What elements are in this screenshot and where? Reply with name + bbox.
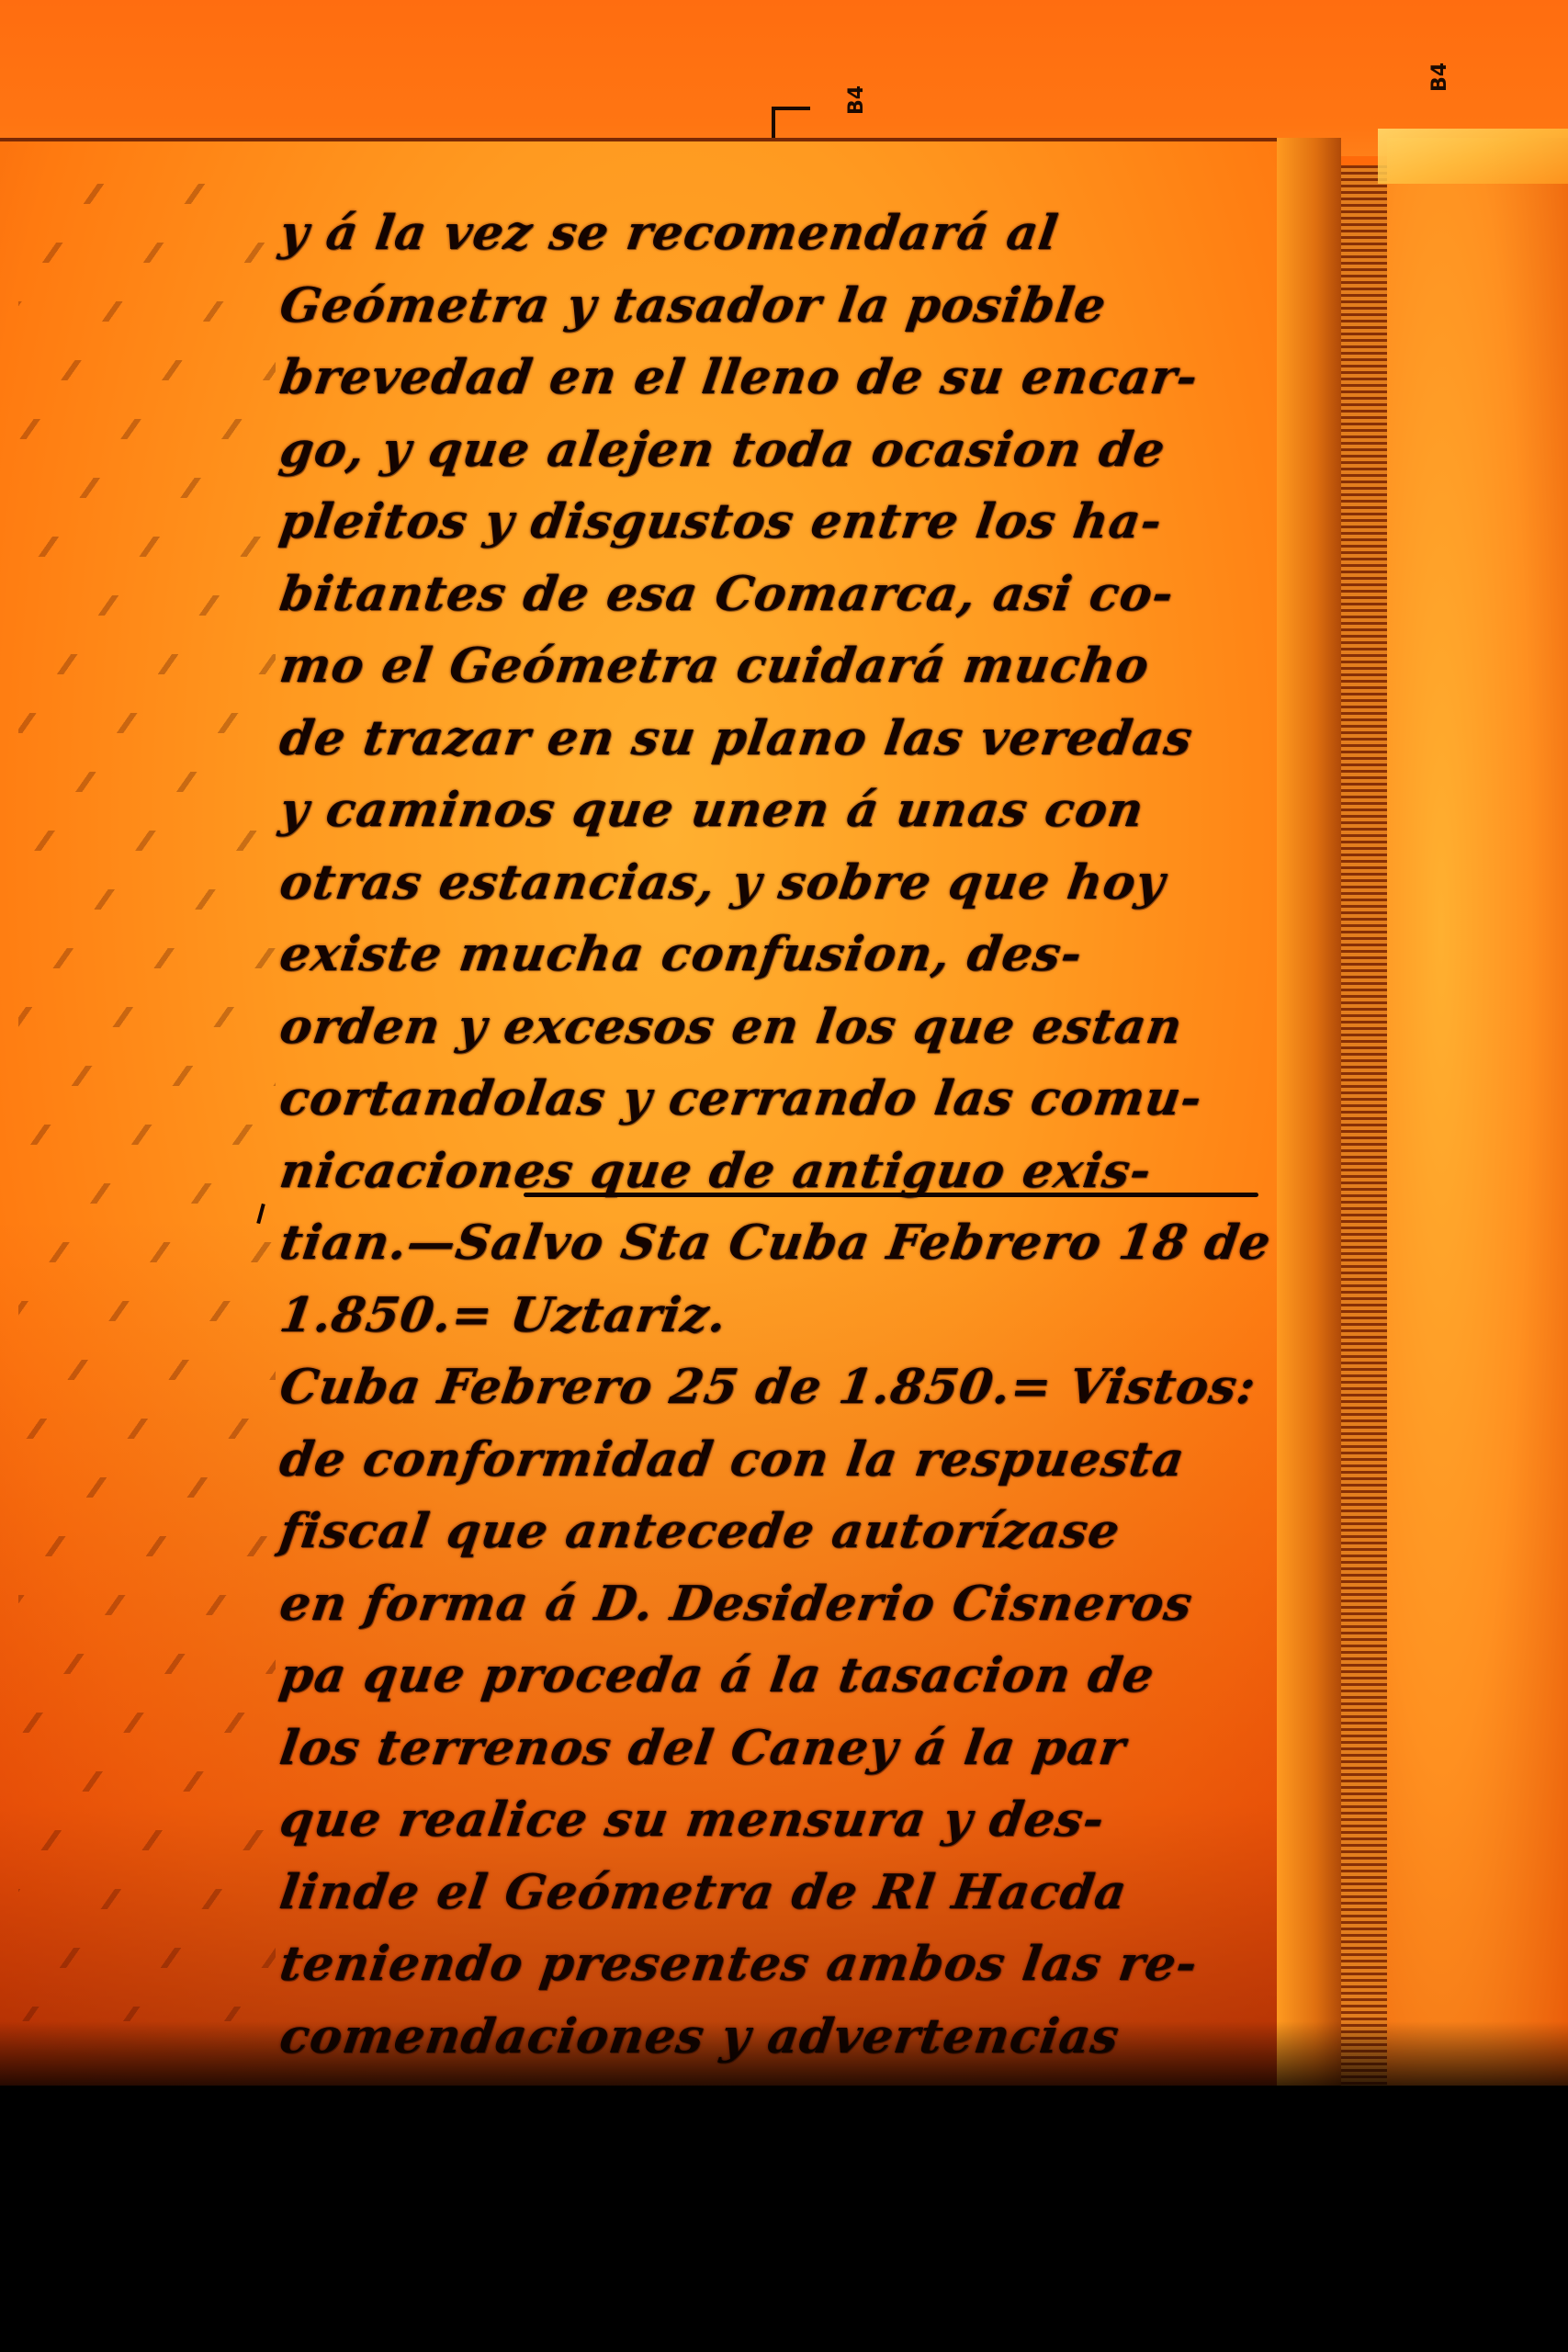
- section-divider-rule: [524, 1193, 1258, 1197]
- bleed-through-ink: [18, 184, 276, 2021]
- text-line: linde el Geómetra de Rl Hacda: [275, 1857, 1277, 1929]
- text-line: bitantes de esa Comarca, asi co-: [275, 559, 1277, 631]
- manuscript-text: y á la vez se recomendará al Geómetra y …: [280, 198, 1272, 2290]
- text-line: mo el Geómetra cuidará mucho: [275, 630, 1277, 703]
- text-line: tian.—Salvo Sta Cuba Febrero 18 de: [275, 1207, 1277, 1280]
- text-line: teniendo presentes ambos las re-: [275, 1928, 1277, 2001]
- manuscript-photo: B4 B4 y á la vez se recomendará al Geóme…: [0, 0, 1568, 2352]
- left-tab-label: B4: [845, 85, 868, 115]
- bottom-shadow: [0, 2086, 1568, 2352]
- left-page-edge: [1277, 138, 1341, 2095]
- book-spine-stitching: [1341, 165, 1387, 2113]
- text-line: Cuba Febrero 25 de 1.850.= Vistos:: [275, 1351, 1277, 1424]
- right-page-flap: [1378, 129, 1568, 184]
- text-line: y á la vez se recomendará al: [275, 198, 1277, 270]
- text-line: orden y excesos en los que estan: [275, 991, 1277, 1064]
- text-line: brevedad en el lleno de su encar-: [275, 342, 1277, 414]
- text-line: go, y que alejen toda ocasion de: [275, 414, 1277, 487]
- right-tab-label: B4: [1428, 62, 1451, 92]
- text-line: pa que proceda á la tasacion de: [275, 1640, 1277, 1713]
- text-line: de conformidad con la respuesta: [275, 1424, 1277, 1497]
- text-line: existe mucha confusion, des-: [275, 919, 1277, 991]
- text-line: pleitos y disgustos entre los ha-: [275, 486, 1277, 559]
- text-line: cortandolas y cerrando las comu-: [275, 1063, 1277, 1136]
- text-line: que realice su mensura y des-: [275, 1784, 1277, 1857]
- text-line: de trazar en su plano las veredas: [275, 703, 1277, 775]
- text-line: otras estancias, y sobre que hoy: [275, 847, 1277, 920]
- text-line: Geómetra y tasador la posible: [275, 270, 1277, 343]
- text-line: fiscal que antecede autorízase: [275, 1496, 1277, 1568]
- text-line: y caminos que unen á unas con: [275, 775, 1277, 847]
- signature-line: 1.850.= Uztariz.: [275, 1280, 1277, 1352]
- text-line: en forma á D. Desiderio Cisneros: [275, 1568, 1277, 1641]
- right-page: [1387, 138, 1568, 2113]
- text-line: los terrenos del Caney á la par: [275, 1713, 1277, 1785]
